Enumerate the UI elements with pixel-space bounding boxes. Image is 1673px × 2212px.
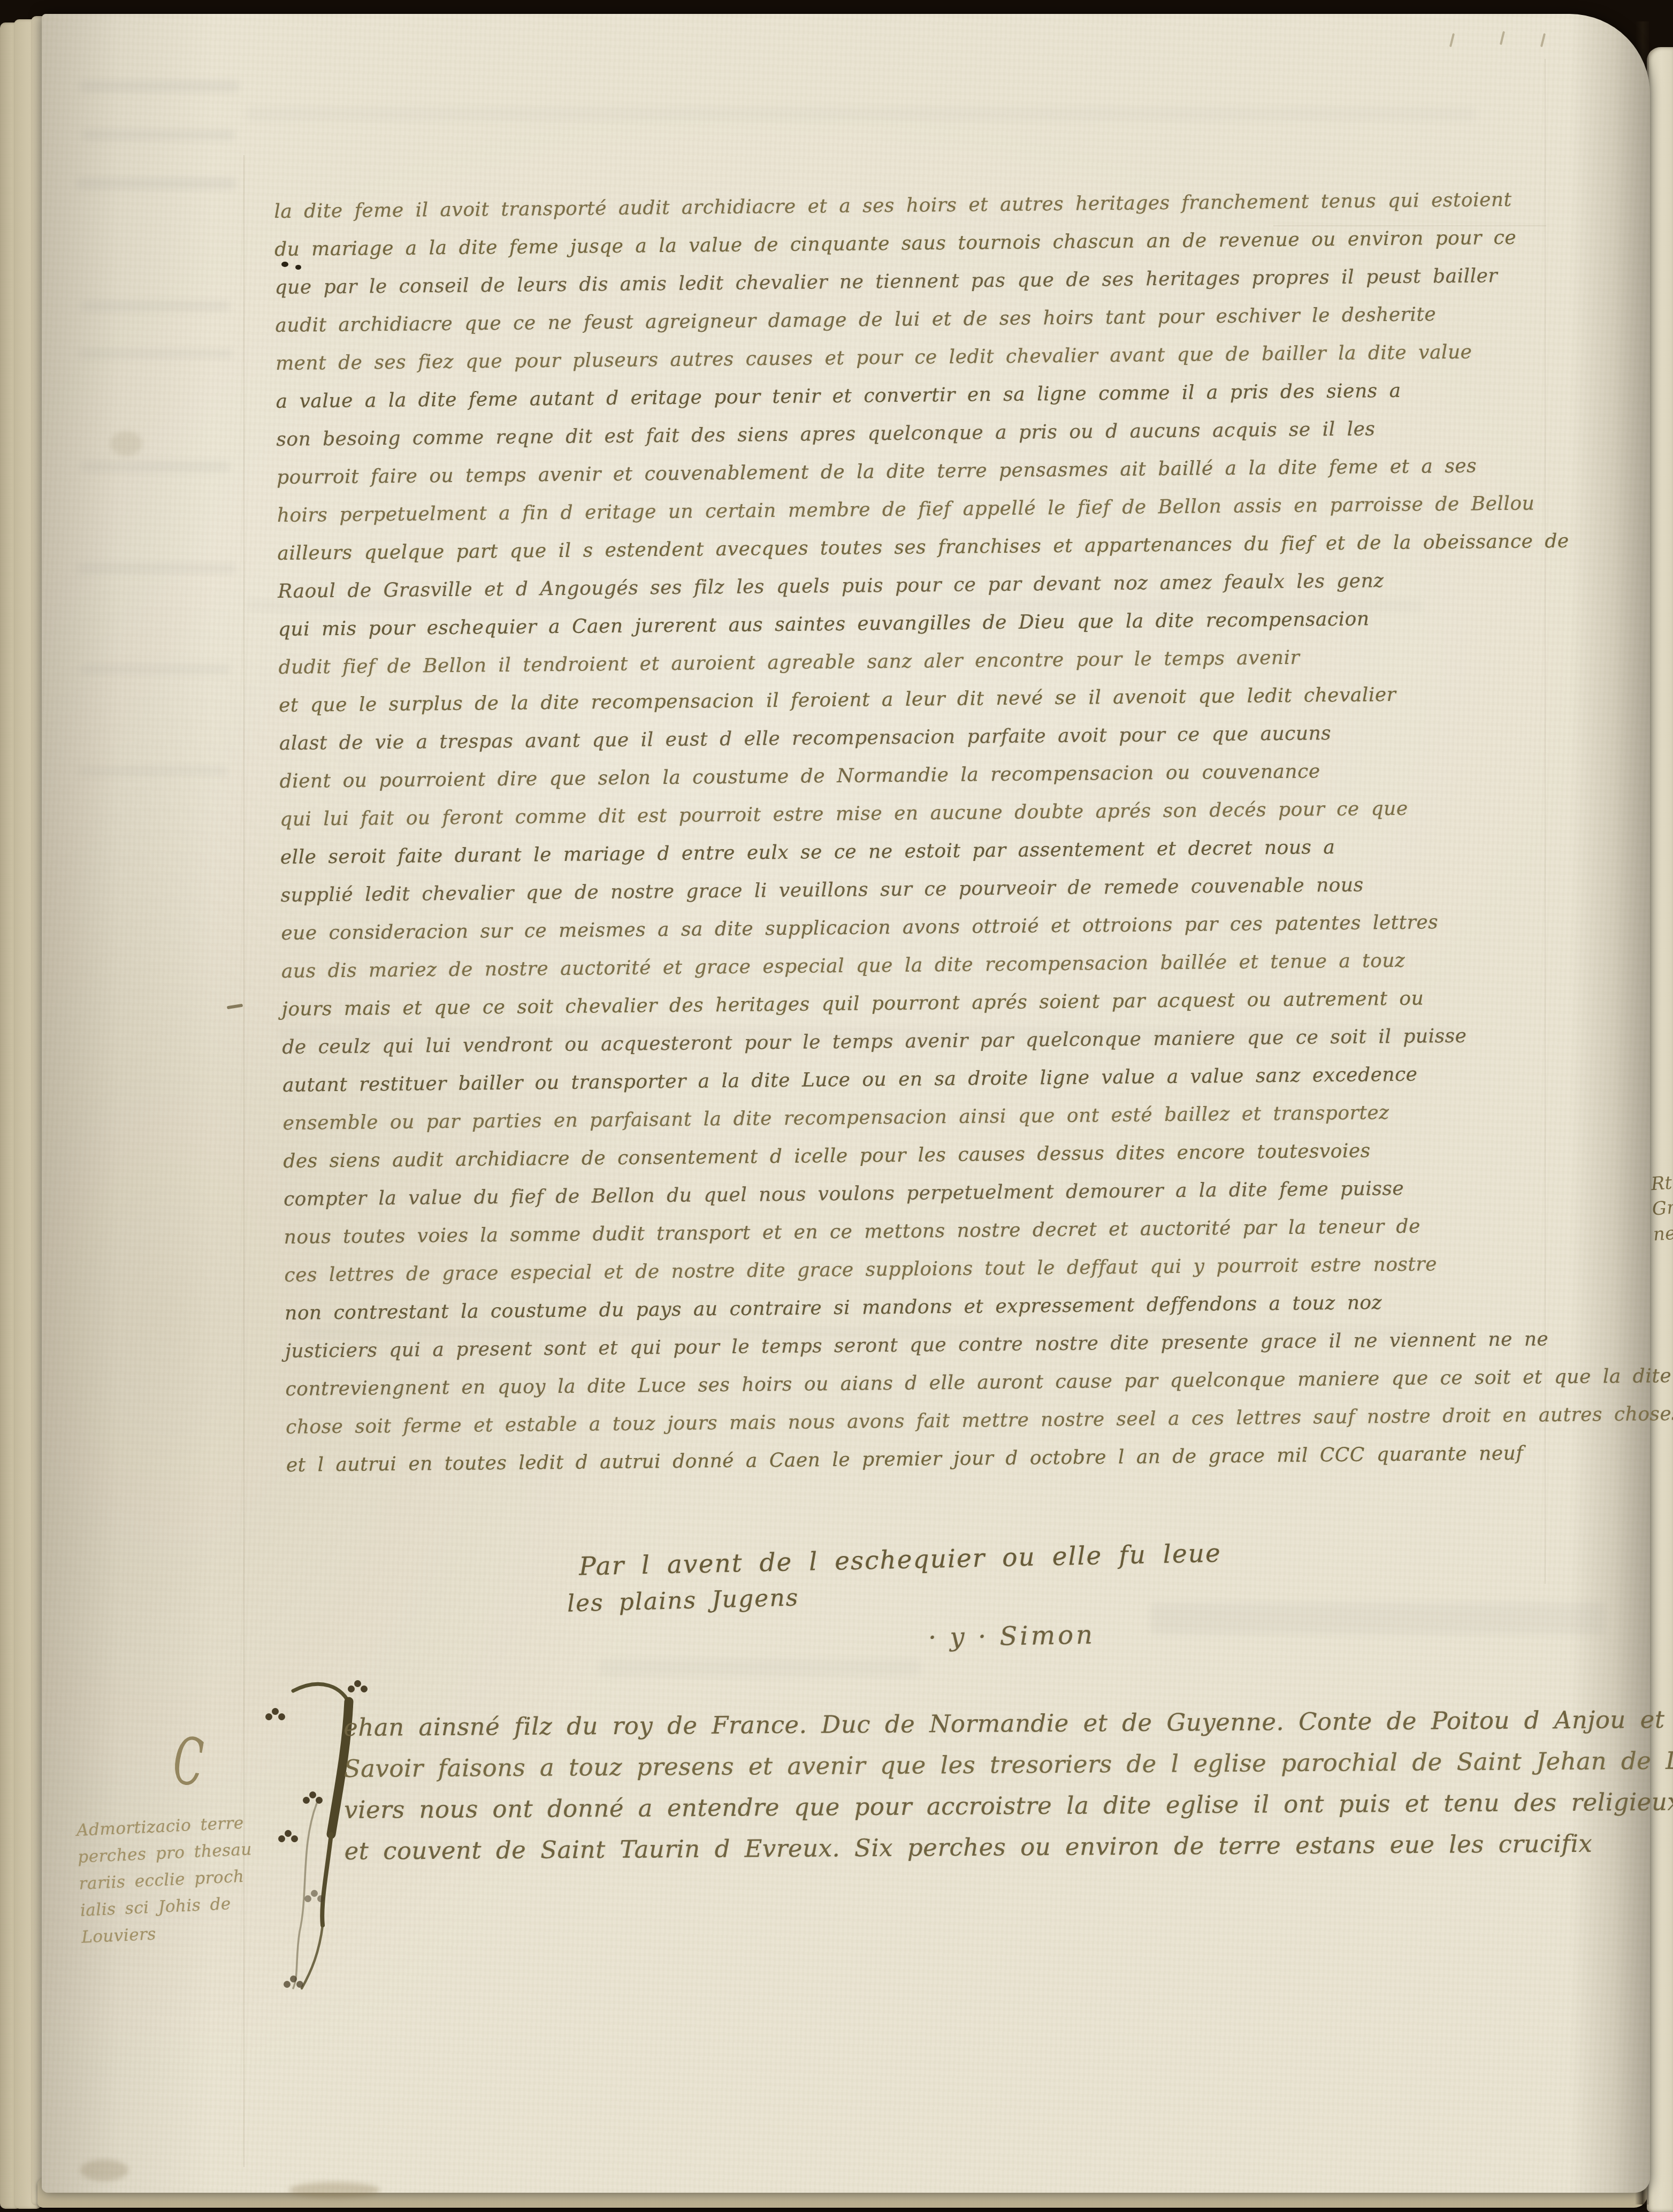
show-through — [79, 80, 240, 92]
show-through — [80, 461, 230, 472]
next-page-edge-note-2: Gn — [1652, 1196, 1673, 1219]
show-through — [78, 349, 233, 359]
next-page-edge-note-1: Rt — [1651, 1172, 1673, 1195]
ink-blot — [281, 262, 288, 267]
stain — [289, 2182, 380, 2198]
ink-blot — [295, 265, 301, 270]
trefoil-ornament — [290, 1975, 297, 1982]
text-line: Savoir faisons a touz presens et avenir … — [343, 1741, 1546, 1789]
show-through — [80, 665, 230, 674]
stain — [110, 431, 142, 456]
show-through — [80, 301, 230, 311]
trefoil-ornament — [272, 1708, 279, 1715]
act1-text-block: la dite feme il avoit transporté audit a… — [274, 180, 1559, 1484]
margin-letter-c: C — [172, 1722, 205, 1802]
text-line: ehan ainsné filz du roy de France. Duc d… — [343, 1699, 1546, 1748]
trefoil-ornament — [354, 1680, 361, 1687]
margin-note-block: Admortizacio terre perches pro thesau ra… — [76, 1804, 381, 1951]
text-line: et couvent de Saint Taurin d Evreux. Six… — [344, 1823, 1547, 1872]
manuscript-scan: Rt Gn ne la dite feme il avoit transport… — [0, 0, 1673, 2212]
next-page-edge-note-3: ne — [1653, 1223, 1673, 1246]
show-through — [76, 178, 236, 189]
stain — [80, 2160, 128, 2181]
trefoil-ornament — [309, 1791, 316, 1798]
show-through — [1150, 1603, 1605, 1635]
show-through — [246, 107, 1477, 121]
fold-shadow — [1570, 14, 1650, 2193]
show-through — [599, 1659, 920, 1677]
show-through — [78, 766, 228, 776]
clerk-signature: · y · Simon — [928, 1620, 1096, 1652]
act2-text-block: ehan ainsné filz du roy de France. Duc d… — [343, 1699, 1547, 1872]
show-through — [76, 563, 236, 574]
text-line: viers nous ont donné a entendre que pour… — [344, 1782, 1547, 1830]
show-through — [81, 129, 235, 140]
next-page-edge — [1647, 47, 1673, 2212]
